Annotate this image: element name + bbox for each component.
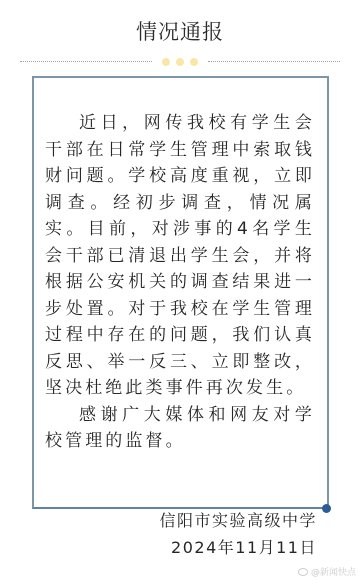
weibo-icon — [298, 568, 308, 576]
divider-dot-icon — [190, 58, 198, 66]
signature-date: 2024年11月11日 — [171, 535, 317, 558]
signature-organization: 信阳市实验高级中学 — [159, 508, 317, 531]
notice-body: 近日，网传我校有学生会干部在日常学生管理中索取钱财问题。学校高度重视，立即调查。… — [45, 110, 315, 455]
watermark: @新闻快点 — [298, 565, 356, 578]
corner-dot-icon — [322, 504, 331, 513]
notice-page: 情况通报 近日，网传我校有学生会干部在日常学生管理中索取钱财问题。学校高度重视，… — [0, 0, 360, 584]
divider-dot-icon — [176, 58, 184, 66]
divider-dot-icon — [162, 58, 170, 66]
signature-block: 信阳市实验高级中学 2024年11月11日 — [117, 508, 317, 568]
title-divider — [20, 58, 340, 66]
page-title: 情况通报 — [0, 16, 360, 46]
paragraph-main: 近日，网传我校有学生会干部在日常学生管理中索取钱财问题。学校高度重视，立即调查。… — [45, 110, 315, 402]
watermark-text: @新闻快点 — [311, 565, 356, 578]
divider-line-right — [208, 61, 340, 62]
divider-line-left — [20, 61, 152, 62]
paragraph-thanks: 感谢广大媒体和网友对学校管理的监督。 — [45, 402, 315, 455]
